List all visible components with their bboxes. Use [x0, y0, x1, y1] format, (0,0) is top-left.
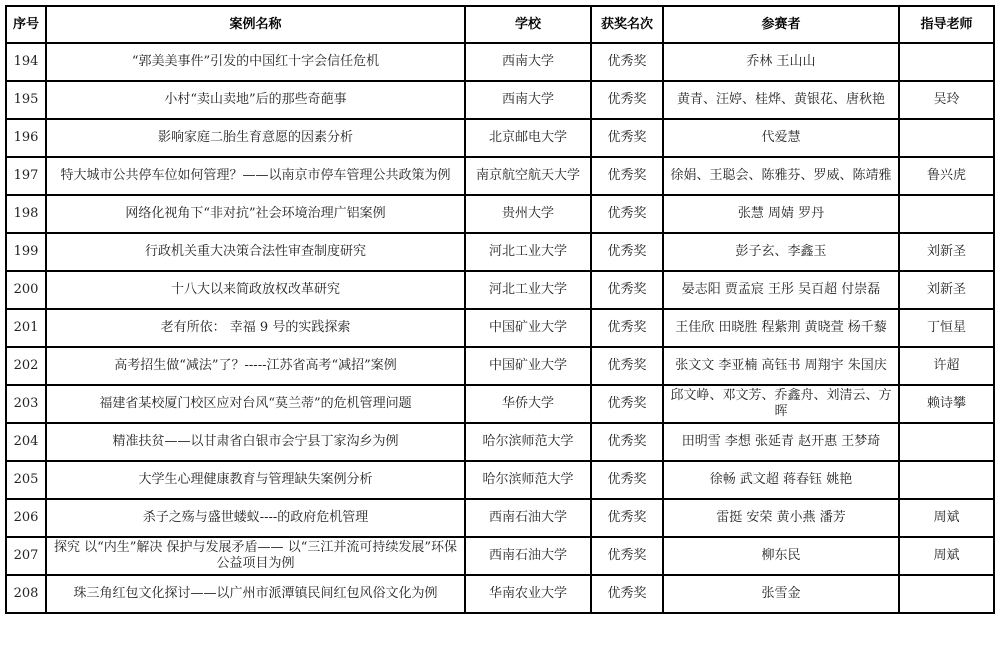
cell-school: 中国矿业大学 [465, 309, 591, 347]
cell-participants: 代爱慧 [663, 119, 899, 157]
cell-award: 优秀奖 [591, 81, 663, 119]
table-row: 207 探究 以“内生”解决 保护与发展矛盾—— 以“三江并流可持续发展”环保公… [6, 537, 994, 575]
cell-advisor: 鲁兴虎 [899, 157, 994, 195]
cell-advisor: 吴玲 [899, 81, 994, 119]
cell-advisor: 许超 [899, 347, 994, 385]
cell-school: 哈尔滨师范大学 [465, 461, 591, 499]
cell-award: 优秀奖 [591, 157, 663, 195]
table-row: 199 行政机关重大决策合法性审查制度研究 河北工业大学 优秀奖 彭子玄、李鑫玉… [6, 233, 994, 271]
cell-school: 西南大学 [465, 43, 591, 81]
cell-participants: 田明雪 李想 张延青 赵开惠 王梦琦 [663, 423, 899, 461]
cell-case-name: 高考招生做“减法”了？-----江苏省高考“减招”案例 [46, 347, 465, 385]
header-participants: 参赛者 [663, 6, 899, 43]
cell-case-name: 十八大以来简政放权改革研究 [46, 271, 465, 309]
cell-award: 优秀奖 [591, 385, 663, 423]
cell-school: 北京邮电大学 [465, 119, 591, 157]
cell-school: 贵州大学 [465, 195, 591, 233]
cell-school: 哈尔滨师范大学 [465, 423, 591, 461]
cell-participants: 柳东民 [663, 537, 899, 575]
table-row: 202 高考招生做“减法”了？-----江苏省高考“减招”案例 中国矿业大学 优… [6, 347, 994, 385]
header-row: 序号 案例名称 学校 获奖名次 参赛者 指导老师 [6, 6, 994, 43]
cell-advisor [899, 423, 994, 461]
cell-num: 198 [6, 195, 46, 233]
cell-num: 202 [6, 347, 46, 385]
cell-case-name: 老有所依： 幸福 9 号的实践探索 [46, 309, 465, 347]
header-award: 获奖名次 [591, 6, 663, 43]
cell-num: 201 [6, 309, 46, 347]
cell-case-name: 精准扶贫——以甘肃省白银市会宁县丁家沟乡为例 [46, 423, 465, 461]
table-row: 200 十八大以来简政放权改革研究 河北工业大学 优秀奖 晏志阳 贾孟宸 王彤 … [6, 271, 994, 309]
cell-school: 河北工业大学 [465, 271, 591, 309]
cell-case-name: 大学生心理健康教育与管理缺失案例分析 [46, 461, 465, 499]
cell-award: 优秀奖 [591, 461, 663, 499]
cell-num: 200 [6, 271, 46, 309]
cell-case-name: 探究 以“内生”解决 保护与发展矛盾—— 以“三江并流可持续发展”环保公益项目为… [46, 537, 465, 575]
header-num: 序号 [6, 6, 46, 43]
cell-num: 205 [6, 461, 46, 499]
cell-advisor: 刘新圣 [899, 233, 994, 271]
cell-award: 优秀奖 [591, 309, 663, 347]
cell-participants: 雷挺 安荣 黄小燕 潘芳 [663, 499, 899, 537]
cell-advisor: 周斌 [899, 537, 994, 575]
cell-case-name: 行政机关重大决策合法性审查制度研究 [46, 233, 465, 271]
table-row: 204 精准扶贫——以甘肃省白银市会宁县丁家沟乡为例 哈尔滨师范大学 优秀奖 田… [6, 423, 994, 461]
cell-award: 优秀奖 [591, 233, 663, 271]
cell-award: 优秀奖 [591, 347, 663, 385]
table-row: 203 福建省某校厦门校区应对台风“莫兰蒂”的危机管理问题 华侨大学 优秀奖 邱… [6, 385, 994, 423]
cell-participants: 乔林 王山山 [663, 43, 899, 81]
cell-case-name: 特大城市公共停车位如何管理？——以南京市停车管理公共政策为例 [46, 157, 465, 195]
cell-num: 203 [6, 385, 46, 423]
cell-school: 华南农业大学 [465, 575, 591, 613]
table-row: 198 网络化视角下“非对抗”社会环境治理广铝案例 贵州大学 优秀奖 张慧 周婧… [6, 195, 994, 233]
cell-num: 199 [6, 233, 46, 271]
table-row: 205 大学生心理健康教育与管理缺失案例分析 哈尔滨师范大学 优秀奖 徐畅 武文… [6, 461, 994, 499]
header-school: 学校 [465, 6, 591, 43]
cell-advisor [899, 43, 994, 81]
cell-case-name: 福建省某校厦门校区应对台风“莫兰蒂”的危机管理问题 [46, 385, 465, 423]
header-advisor: 指导老师 [899, 6, 994, 43]
cell-advisor [899, 575, 994, 613]
cell-participants: 徐畅 武文超 蒋春钰 姚艳 [663, 461, 899, 499]
cell-case-name: 小村“卖山卖地”后的那些奇葩事 [46, 81, 465, 119]
cell-award: 优秀奖 [591, 423, 663, 461]
cell-case-name: 杀子之殇与盛世蝼蚁----的政府危机管理 [46, 499, 465, 537]
table-row: 206 杀子之殇与盛世蝼蚁----的政府危机管理 西南石油大学 优秀奖 雷挺 安… [6, 499, 994, 537]
cell-school: 西南石油大学 [465, 537, 591, 575]
header-case-name: 案例名称 [46, 6, 465, 43]
cell-num: 194 [6, 43, 46, 81]
cell-num: 204 [6, 423, 46, 461]
table-row: 195 小村“卖山卖地”后的那些奇葩事 西南大学 优秀奖 黄青、汪婷、桂烨、黄银… [6, 81, 994, 119]
cell-participants: 彭子玄、李鑫玉 [663, 233, 899, 271]
cell-award: 优秀奖 [591, 537, 663, 575]
cell-school: 河北工业大学 [465, 233, 591, 271]
cell-participants: 晏志阳 贾孟宸 王彤 吴百超 付崇磊 [663, 271, 899, 309]
cell-award: 优秀奖 [591, 271, 663, 309]
cell-school: 华侨大学 [465, 385, 591, 423]
cell-advisor [899, 195, 994, 233]
cell-num: 197 [6, 157, 46, 195]
cell-award: 优秀奖 [591, 119, 663, 157]
cell-advisor: 丁恒星 [899, 309, 994, 347]
cell-participants: 徐娟、王聪会、陈雅芬、罗威、陈靖雅 [663, 157, 899, 195]
cell-participants: 黄青、汪婷、桂烨、黄银花、唐秋艳 [663, 81, 899, 119]
table-row: 208 珠三角红包文化探讨——以广州市派潭镇民间红包风俗文化为例 华南农业大学 … [6, 575, 994, 613]
cell-participants: 张慧 周婧 罗丹 [663, 195, 899, 233]
cell-school: 西南石油大学 [465, 499, 591, 537]
cell-num: 195 [6, 81, 46, 119]
table-row: 201 老有所依： 幸福 9 号的实践探索 中国矿业大学 优秀奖 王佳欣 田晓胜… [6, 309, 994, 347]
cell-num: 207 [6, 537, 46, 575]
cell-case-name: “郭美美事件”引发的中国红十字会信任危机 [46, 43, 465, 81]
cell-school: 南京航空航天大学 [465, 157, 591, 195]
cell-school: 中国矿业大学 [465, 347, 591, 385]
cell-school: 西南大学 [465, 81, 591, 119]
cell-num: 208 [6, 575, 46, 613]
cell-case-name: 网络化视角下“非对抗”社会环境治理广铝案例 [46, 195, 465, 233]
cell-advisor: 刘新圣 [899, 271, 994, 309]
cell-participants: 张雪金 [663, 575, 899, 613]
cell-case-name: 影响家庭二胎生育意愿的因素分析 [46, 119, 465, 157]
cell-advisor [899, 461, 994, 499]
cell-case-name: 珠三角红包文化探讨——以广州市派潭镇民间红包风俗文化为例 [46, 575, 465, 613]
table-row: 196 影响家庭二胎生育意愿的因素分析 北京邮电大学 优秀奖 代爱慧 [6, 119, 994, 157]
cell-award: 优秀奖 [591, 43, 663, 81]
cell-advisor: 赖诗攀 [899, 385, 994, 423]
cell-award: 优秀奖 [591, 499, 663, 537]
cell-participants: 张文文 李亚楠 高钰书 周翔宇 朱国庆 [663, 347, 899, 385]
cell-participants: 邱文峥、邓文芳、乔鑫舟、刘清云、方晖 [663, 385, 899, 423]
cell-award: 优秀奖 [591, 195, 663, 233]
cell-advisor [899, 119, 994, 157]
cell-advisor: 周斌 [899, 499, 994, 537]
cell-num: 196 [6, 119, 46, 157]
cell-participants: 王佳欣 田晓胜 程紫荆 黄晓萱 杨千藜 [663, 309, 899, 347]
awards-table: 序号 案例名称 学校 获奖名次 参赛者 指导老师 194 “郭美美事件”引发的中… [5, 5, 995, 614]
cell-award: 优秀奖 [591, 575, 663, 613]
table-row: 194 “郭美美事件”引发的中国红十字会信任危机 西南大学 优秀奖 乔林 王山山 [6, 43, 994, 81]
table-row: 197 特大城市公共停车位如何管理？——以南京市停车管理公共政策为例 南京航空航… [6, 157, 994, 195]
cell-num: 206 [6, 499, 46, 537]
